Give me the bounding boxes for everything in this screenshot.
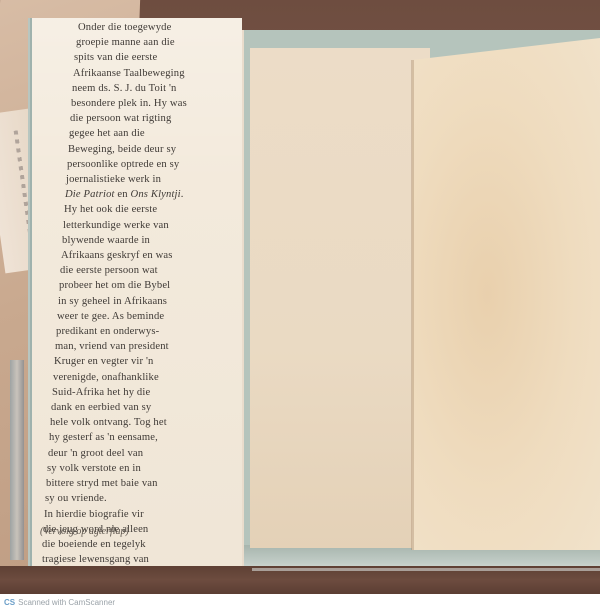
blurb-line: Onder die toegewyde [42,20,232,35]
blurb-line: verenigde, onafhanklike [42,370,232,385]
blurb-line: neem ds. S. J. du Toit 'n [42,81,232,96]
flap-blurb: Onder die toegewyde groepie manne aan di… [42,20,232,594]
publication-title: Ons Klyntji [131,189,181,200]
blurb-line: hele volk ontvang. Tog het [42,415,232,430]
blurb-line: In hierdie biografie vir [42,507,232,522]
scanner-watermark: CS Scanned with CamScanner [4,595,115,609]
endpaper-right [412,38,600,550]
blurb-line: deur 'n groot deel van [42,446,232,461]
blurb-line-publications: Die Patriot en Ons Klyntji. [42,187,232,202]
background-strip [10,360,24,560]
blurb-line: weer te gee. As beminde [42,309,232,324]
blurb-line: Suid-Afrika het hy die [42,385,232,400]
blurb-line: man, vriend van president [42,339,232,354]
blurb-line: predikant en onderwys- [42,324,232,339]
blurb-line: sy ou vriende. [42,491,232,506]
blurb-line: groepie manne aan die [42,35,232,50]
blurb-line: besondere plek in. Hy was [42,96,232,111]
blurb-line: gegee het aan die [42,126,232,141]
blurb-line: in sy geheel in Afrikaans [42,294,232,309]
blurb-line: hy gesterf as 'n eensame, [42,430,232,445]
blurb-line: die eerste persoon wat [42,263,232,278]
blurb-line: sy volk verstote en in [42,461,232,476]
blurb-line: blywende waarde in [42,233,232,248]
blurb-line: Beweging, beide deur sy [42,142,232,157]
blurb-line: Kruger en vegter vir 'n [42,354,232,369]
blurb-line: spits van die eerste [42,50,232,65]
continued-on-back-flap: (Vervolg op agterflap) [40,526,129,537]
camscanner-logo-icon: CS [4,598,15,607]
cover-bottom-edge [252,568,600,571]
page-gutter [411,60,414,550]
blurb-line: Afrikaans geskryf en was [42,248,232,263]
blurb-line: die boeiende en tegelyk [42,537,232,552]
endpaper-left [250,48,430,548]
blurb-line: dank en eerbied van sy [42,400,232,415]
blurb-line: joernalistieke werk in [42,172,232,187]
blurb-line: Afrikaanse Taalbeweging [42,66,232,81]
blurb-line: die persoon wat rigting [42,111,232,126]
blurb-line: letterkundige werke van [42,218,232,233]
blurb-line: probeer het om die Bybel [42,278,232,293]
publication-title: Die Patriot [65,189,115,200]
blurb-line: bittere stryd met baie van [42,476,232,491]
watermark-text: Scanned with CamScanner [18,598,115,607]
blurb-line: Hy het ook die eerste [42,202,232,217]
blurb-line: persoonlike optrede en sy [42,157,232,172]
book-photo: Onder die toegewyde groepie manne aan di… [0,0,600,594]
